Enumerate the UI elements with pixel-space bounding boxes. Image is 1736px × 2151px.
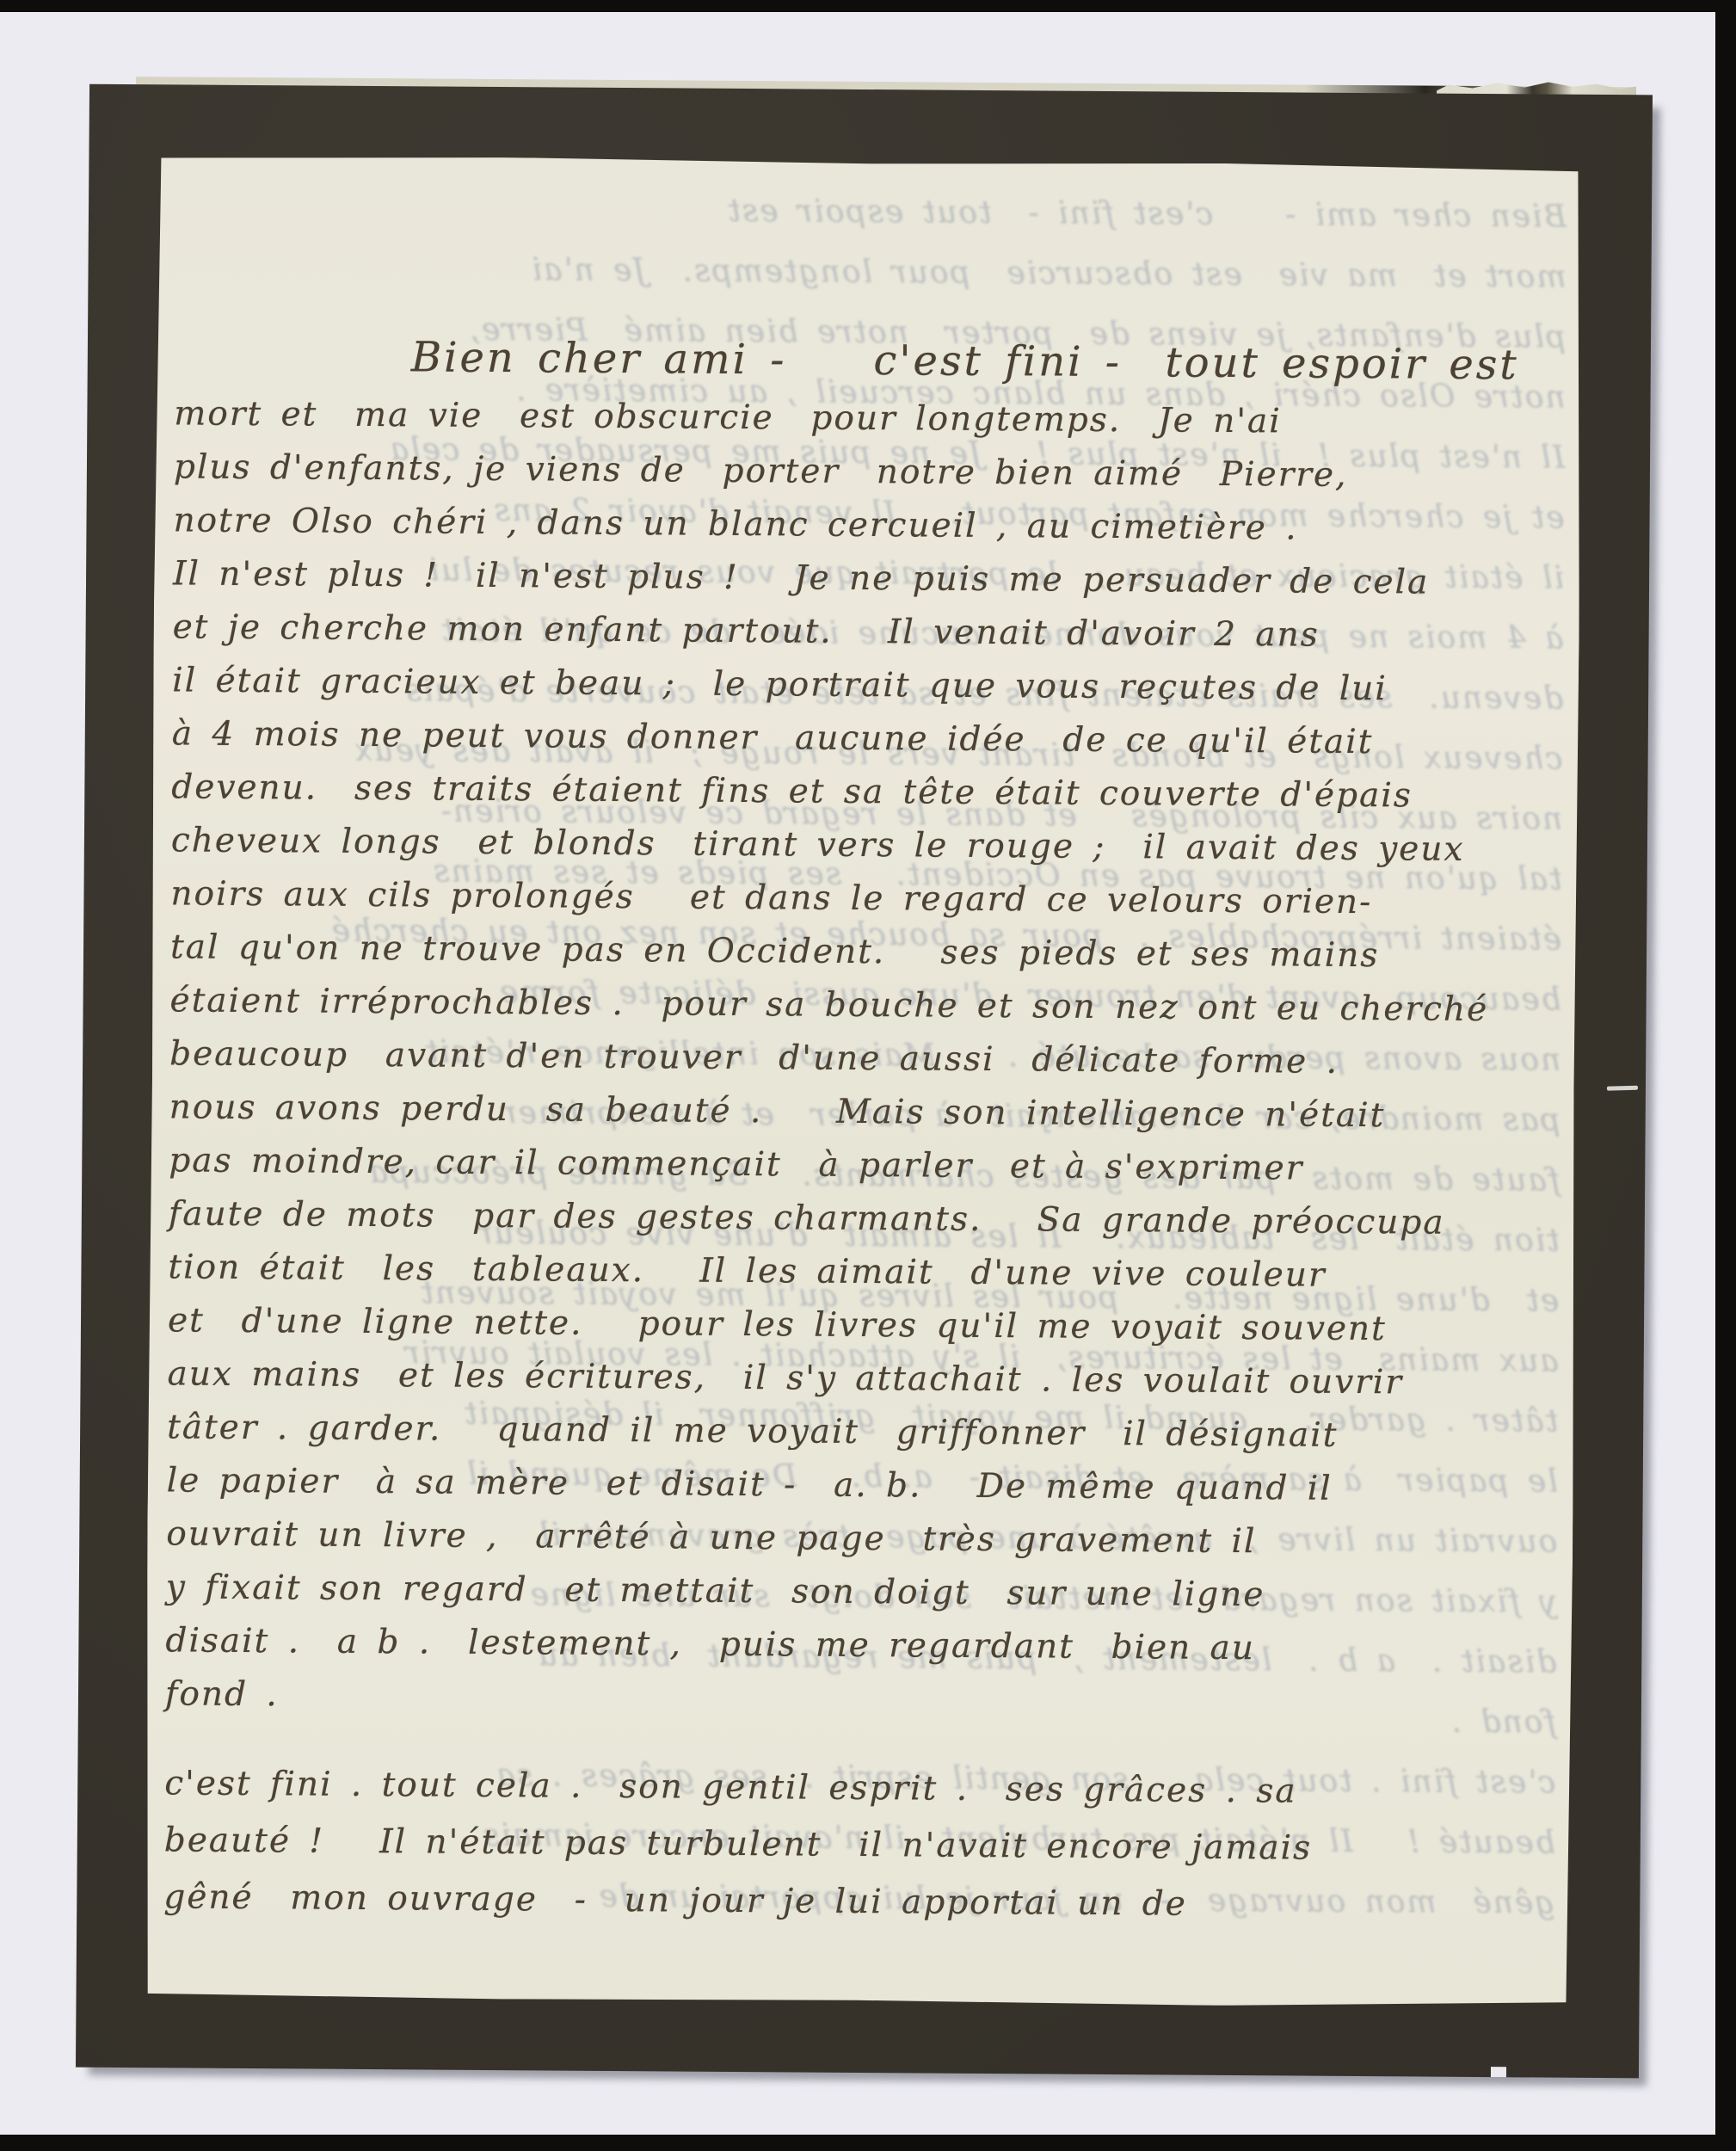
letter-line: le papier à sa mère et disait - a. b. De… [167, 1454, 1560, 1517]
letter-line: cheveux longs et blonds tirant vers le r… [171, 814, 1564, 877]
letter-line: c'est fini . tout cela . son gentil espr… [164, 1755, 1557, 1821]
letter-line: et je cherche mon enfant partout. Il ven… [172, 601, 1565, 663]
mount-group: Bien cher ami - c'est fini - tout espoir… [0, 0, 1736, 2151]
letter-line: gêné mon ouvrage - un jour je lui apport… [163, 1869, 1556, 1935]
letter-line: il était gracieux et beau ; le portrait … [172, 654, 1565, 717]
black-mat: Bien cher ami - c'est fini - tout espoir… [76, 84, 1653, 2079]
letter-line: tion était les tableaux. Il les aimait d… [168, 1241, 1561, 1304]
letter-line: beauté ! Il n'était pas turbulent il n'a… [164, 1812, 1557, 1878]
letter-line: à 4 mois ne peut vous donner aucune idée… [172, 707, 1565, 770]
letter-line: et d'une ligne nette. pour les livres qu… [168, 1294, 1561, 1357]
bleedthrough-line: Bien cher ami - c'est fini - tout espoir… [172, 177, 1567, 247]
letter-line: pas moindre, car il commençait à parler … [169, 1134, 1561, 1197]
mat-scratch [1607, 1086, 1638, 1091]
letter-line: faute de mots par des gestes charmants. … [169, 1187, 1561, 1250]
letter-line: étaient irréprochables . pour sa bouche … [169, 974, 1562, 1037]
letter-page: Bien cher ami - c'est fini - tout espoir… [145, 155, 1583, 2008]
letter-line: Bien cher ami - c'est fini - tout espoir… [175, 324, 1567, 397]
letter-text: Bien cher ami - c'est fini - tout espoir… [163, 324, 1567, 1935]
letter-line: ouvrait un livre , arrêté à une page trè… [166, 1507, 1559, 1570]
letter-line: nous avons perdu sa beauté . Mais son in… [169, 1081, 1562, 1143]
scan-root: { "letter": { "language_note": "French h… [0, 0, 1736, 2151]
letter-line: devenu. ses traits étaient fins et sa tê… [171, 761, 1564, 823]
letter-line: notre Olso chéri , dans un blanc cercuei… [173, 494, 1566, 557]
letter-line: tal qu'on ne trouve pas en Occident. ses… [170, 921, 1563, 983]
bleedthrough-line: mort et ma vie est obscurcie pour longte… [171, 237, 1566, 307]
letter-line: plus d'enfants, je viens de porter notre… [174, 441, 1567, 503]
letter-line: tâter . garder. quand il me voyait griff… [167, 1401, 1560, 1464]
letter-line: disait . a b . lestement , puis me regar… [165, 1614, 1558, 1677]
letter-line: beaucoup avant d'en trouver d'une aussi … [169, 1027, 1562, 1090]
letter-line: y fixait son regard et mettait son doigt… [166, 1561, 1559, 1624]
letter-line: fond . [165, 1667, 1558, 1730]
letter-line: noirs aux cils prolongés et dans le rega… [170, 867, 1563, 930]
letter-line: Il n'est plus ! il n'est plus ! Je ne pu… [173, 547, 1566, 610]
mat-notch [1491, 2067, 1506, 2077]
letter-line: mort et ma vie est obscurcie pour longte… [174, 387, 1567, 450]
letter-line: aux mains et les écritures, il s'y attac… [167, 1347, 1560, 1410]
